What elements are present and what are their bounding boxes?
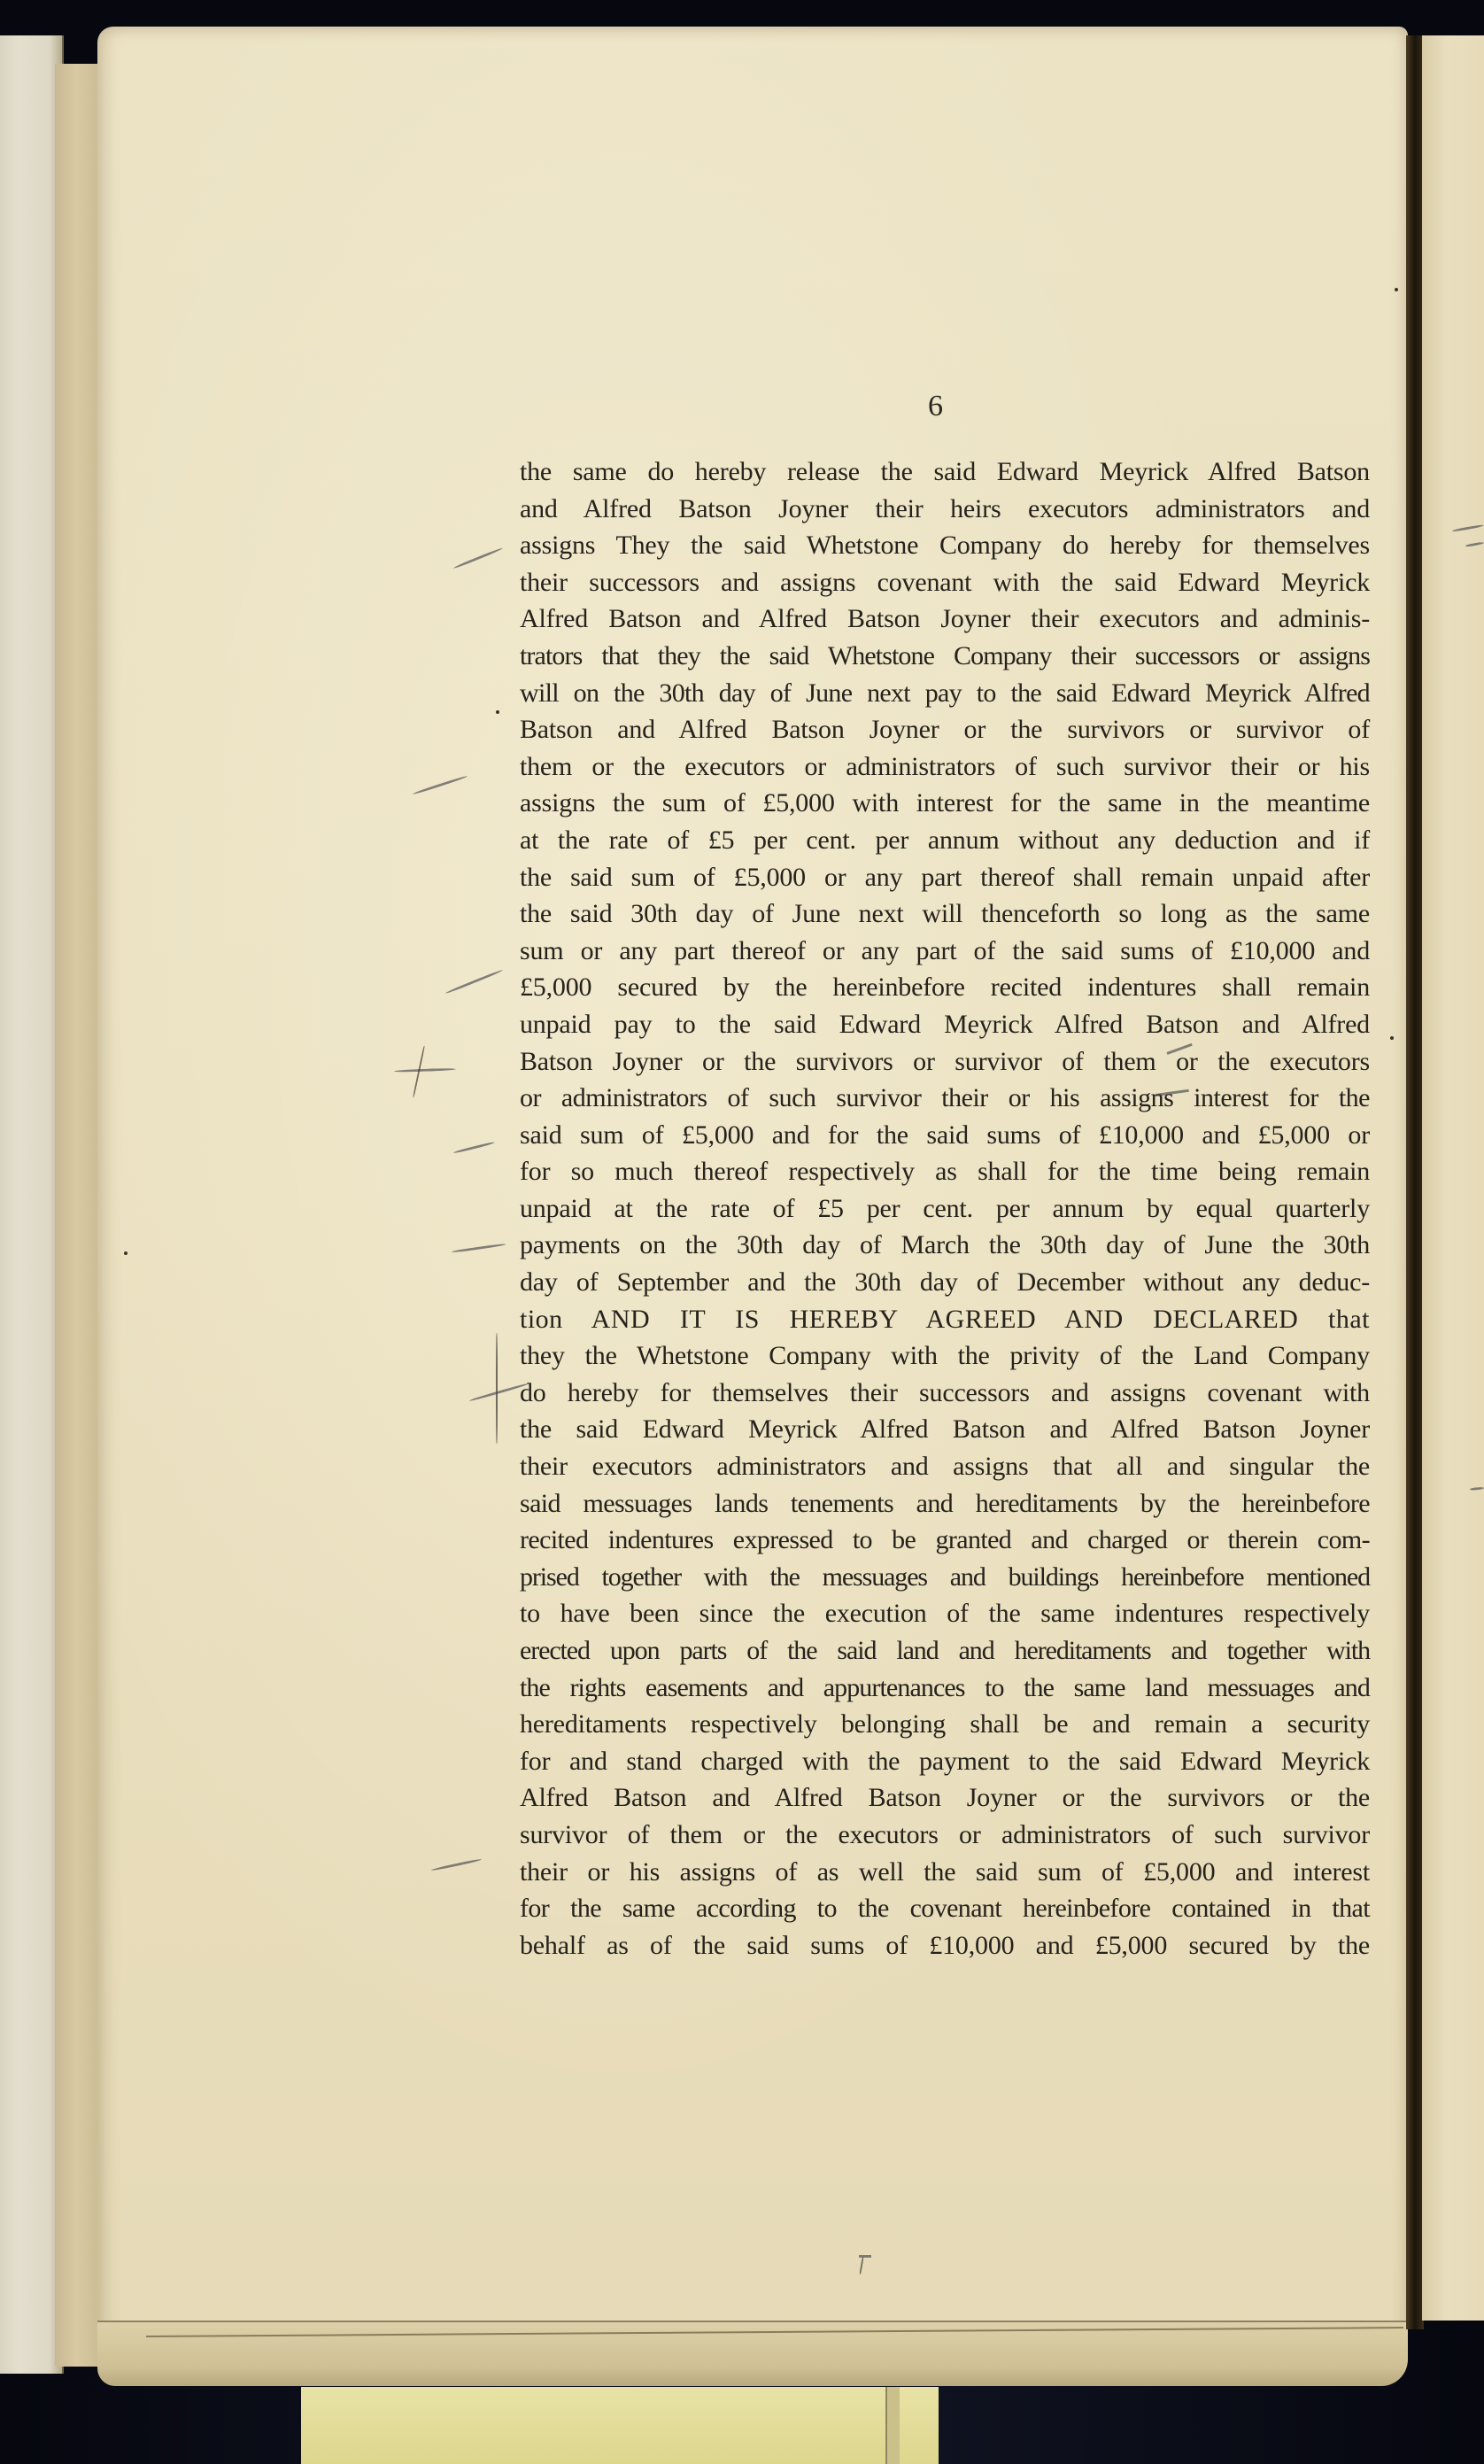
text-line: the said 30th day of June next will then… bbox=[520, 895, 1370, 933]
text-line: Alfred Batson and Alfred Batson Joyner o… bbox=[520, 1779, 1370, 1817]
text-line: for so much thereof respectively as shal… bbox=[520, 1153, 1370, 1190]
text-line: for the same according to the covenant h… bbox=[520, 1890, 1370, 1927]
text-line: at the rate of £5 per cent. per annum wi… bbox=[520, 822, 1370, 859]
text-line: said sum of £5,000 and for the said sums… bbox=[520, 1117, 1370, 1154]
text-line: the rights easements and appurtenances t… bbox=[520, 1670, 1370, 1707]
ink-speck bbox=[1395, 288, 1398, 291]
text-line: hereditaments respectively belonging sha… bbox=[520, 1706, 1370, 1743]
text-line: Batson and Alfred Batson Joyner or the s… bbox=[520, 711, 1370, 748]
next-page-edge bbox=[1422, 35, 1484, 2321]
text-line: tion AND IT IS HEREBY AGREED AND DECLARE… bbox=[520, 1301, 1370, 1338]
book-gutter bbox=[1406, 35, 1424, 2329]
text-line: the said Edward Meyrick Alfred Batson an… bbox=[520, 1411, 1370, 1448]
text-line: erected upon parts of the said land and … bbox=[520, 1632, 1370, 1670]
ink-speck bbox=[124, 1251, 128, 1255]
pencil-bracket-mark bbox=[496, 1333, 498, 1444]
text-line: to have been since the execution of the … bbox=[520, 1595, 1370, 1632]
slip-edge bbox=[885, 2387, 900, 2464]
page-bottom-fold bbox=[97, 2321, 1408, 2386]
text-line: unpaid pay to the said Edward Meyrick Al… bbox=[520, 1006, 1370, 1043]
ink-speck bbox=[496, 710, 499, 714]
text-line: trators that they the said Whetstone Com… bbox=[520, 638, 1370, 675]
text-line: the said sum of £5,000 or any part there… bbox=[520, 859, 1370, 896]
text-line: them or the executors or administrators … bbox=[520, 748, 1370, 786]
text-line: for and stand charged with the payment t… bbox=[520, 1743, 1370, 1780]
text-line: sum or any part thereof or any part of t… bbox=[520, 933, 1370, 970]
text-line: their or his assigns of as well the said… bbox=[520, 1854, 1370, 1891]
text-line: day of September and the 30th day of Dec… bbox=[520, 1264, 1370, 1301]
text-line: Batson Joyner or the survivors or surviv… bbox=[520, 1043, 1370, 1081]
yellow-paper-slip bbox=[301, 2387, 939, 2464]
text-line: behalf as of the said sums of £10,000 an… bbox=[520, 1927, 1370, 1964]
pencil-hook-mark bbox=[859, 2255, 871, 2258]
text-line: or administrators of such survivor their… bbox=[520, 1080, 1370, 1117]
text-line: and Alfred Batson Joyner their heirs exe… bbox=[520, 491, 1370, 528]
text-line: survivor of them or the executors or adm… bbox=[520, 1817, 1370, 1854]
text-line: said messuages lands tenements and hered… bbox=[520, 1485, 1370, 1523]
text-line: the same do hereby release the said Edwa… bbox=[520, 453, 1370, 491]
text-line: payments on the 30th day of March the 30… bbox=[520, 1227, 1370, 1264]
page-number: 6 bbox=[928, 390, 943, 423]
text-line: their successors and assigns covenant wi… bbox=[520, 564, 1370, 601]
text-line: £5,000 secured by the hereinbefore recit… bbox=[520, 969, 1370, 1006]
text-line: will on the 30th day of June next pay to… bbox=[520, 675, 1370, 712]
ink-speck bbox=[1390, 1036, 1394, 1040]
text-line: recited indentures expressed to be grant… bbox=[520, 1522, 1370, 1559]
body-text: the same do hereby release the said Edwa… bbox=[520, 453, 1370, 1964]
text-line: assigns They the said Whetstone Company … bbox=[520, 527, 1370, 564]
page-stack-inner-edge bbox=[55, 64, 99, 2367]
text-line: Alfred Batson and Alfred Batson Joyner t… bbox=[520, 601, 1370, 638]
text-line: prised together with the messuages and b… bbox=[520, 1559, 1370, 1596]
text-line: they the Whetstone Company with the priv… bbox=[520, 1337, 1370, 1375]
text-line: unpaid at the rate of £5 per cent. per a… bbox=[520, 1190, 1370, 1228]
text-line: their executors administrators and assig… bbox=[520, 1448, 1370, 1485]
text-line: assigns the sum of £5,000 with interest … bbox=[520, 785, 1370, 822]
text-line: do hereby for themselves their successor… bbox=[520, 1375, 1370, 1412]
